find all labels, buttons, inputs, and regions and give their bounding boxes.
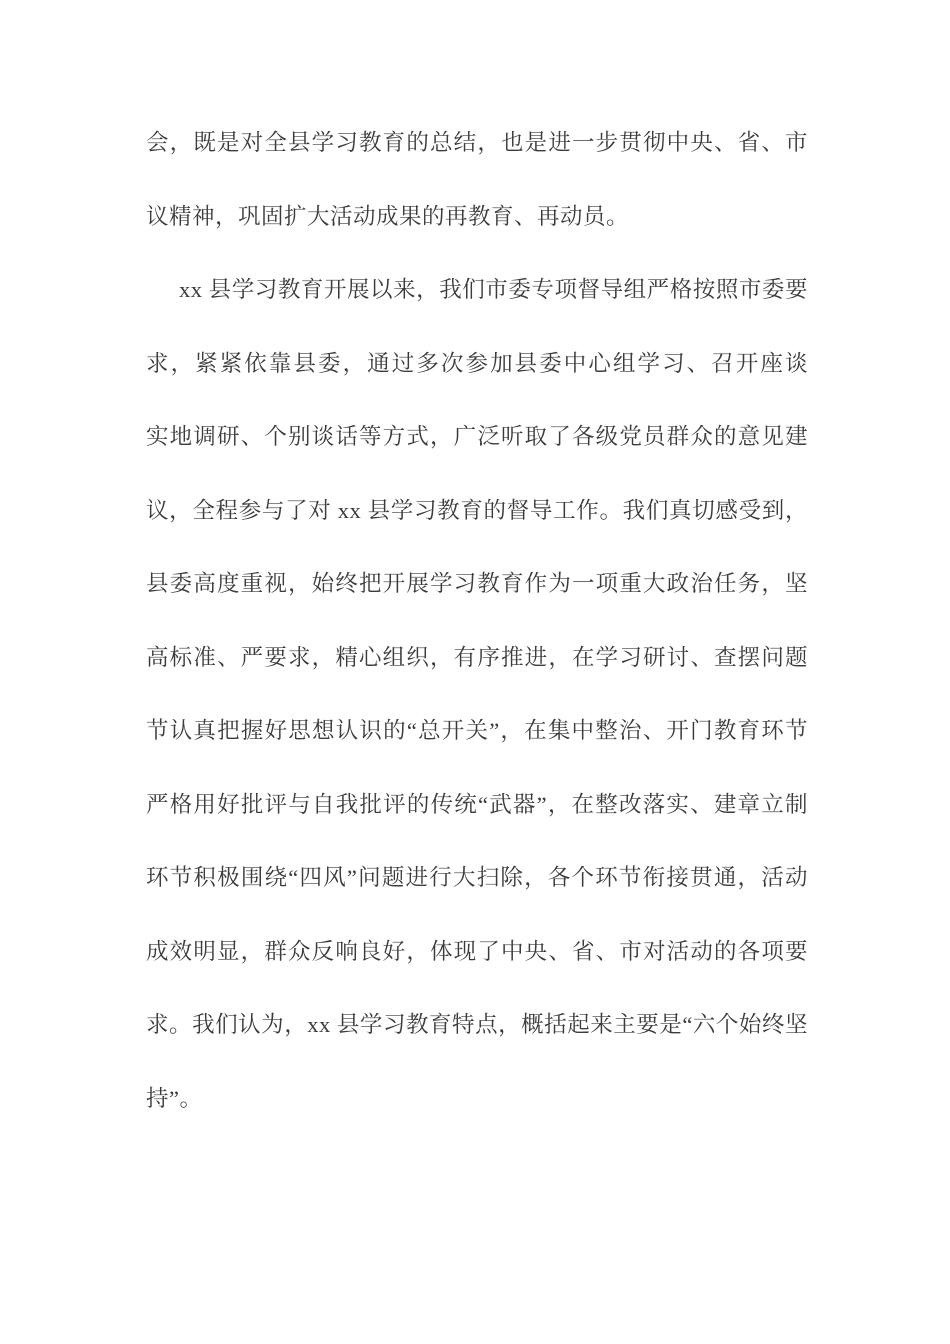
text-line: 议精神，巩固扩大活动成果的再教育、再动员。 — [146, 180, 808, 254]
text-line: 高标准、严要求，精心组织，有序推进，在学习研讨、查摆问题环 — [146, 621, 808, 695]
text-line: 持”。 — [146, 1062, 808, 1136]
text-line: 实地调研、个别谈话等方式，广泛听取了各级党员群众的意见建 — [146, 400, 808, 474]
text-line: 成效明显，群众反响良好，体现了中央、省、市对活动的各项要 — [146, 915, 808, 989]
document-text: 会，既是对全县学习教育的总结，也是进一步贯彻中央、省、市会 议精神，巩固扩大活动… — [146, 106, 808, 1135]
document-page: 会，既是对全县学习教育的总结，也是进一步贯彻中央、省、市会 议精神，巩固扩大活动… — [0, 0, 950, 1344]
text-line: 县委高度重视，始终把开展学习教育作为一项重大政治任务，坚持 — [146, 547, 808, 621]
text-line: 求，紧紧依靠县委，通过多次参加县委中心组学习、召开座谈会、 — [146, 327, 808, 401]
text-line: 严格用好批评与自我批评的传统“武器”，在整改落实、建章立制 — [146, 768, 808, 842]
text-line: xx 县学习教育开展以来，我们市委专项督导组严格按照市委要 — [146, 253, 808, 327]
text-line: 会，既是对全县学习教育的总结，也是进一步贯彻中央、省、市会 — [146, 106, 808, 180]
text-line: 节认真把握好思想认识的“总开关”，在集中整治、开门教育环节 — [146, 694, 808, 768]
text-line: 环节积极围绕“四风”问题进行大扫除，各个环节衔接贯通，活动 — [146, 841, 808, 915]
text-line: 议，全程参与了对 xx 县学习教育的督导工作。我们真切感受到，xx — [146, 474, 808, 548]
text-line: 求。我们认为，xx 县学习教育特点，概括起来主要是“六个始终坚 — [146, 988, 808, 1062]
